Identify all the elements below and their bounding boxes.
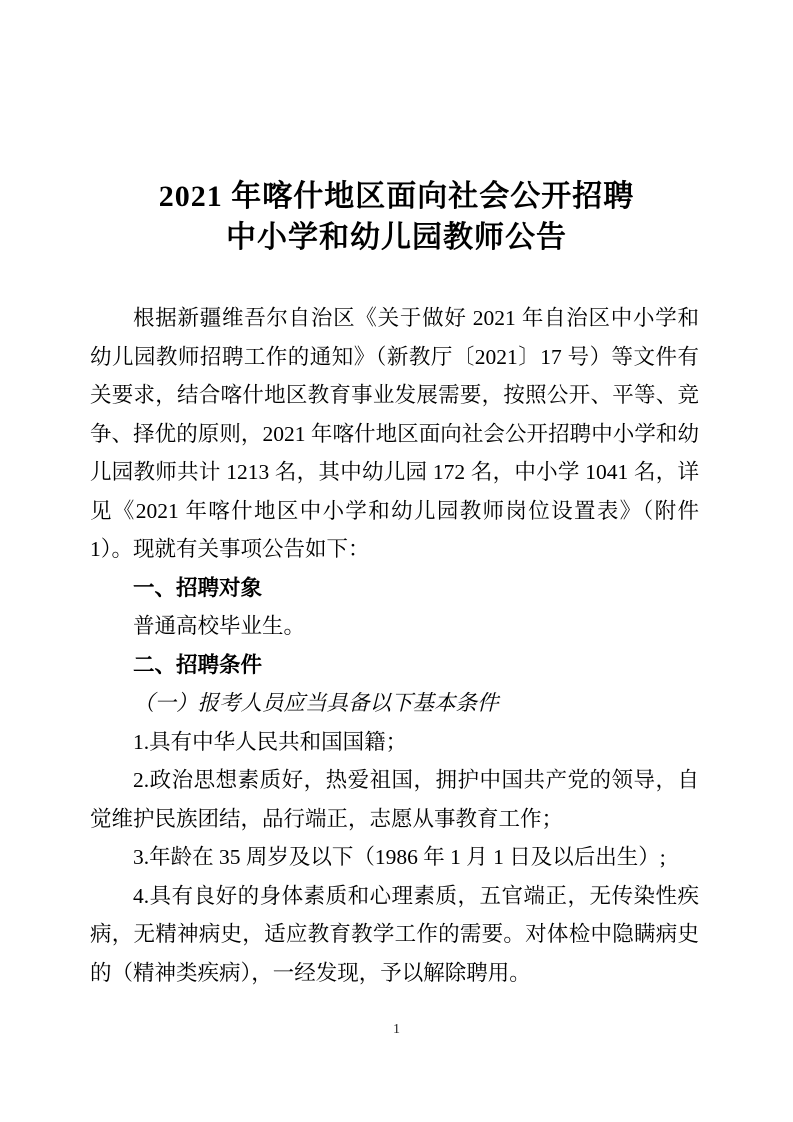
recruit-target-paragraph: 普通高校毕业生。 [90, 607, 699, 646]
intro-paragraph: 根据新疆维吾尔自治区《关于做好 2021 年自治区中小学和幼儿园教师招聘工作的通… [90, 299, 699, 569]
condition-item-4: 4.具有良好的身体素质和心理素质，五官端正，无传染性疾病，无精神病史，适应教育教… [90, 877, 699, 993]
condition-item-1: 1.具有中华人民共和国国籍； [90, 723, 699, 762]
document-page: 2021 年喀什地区面向社会公开招聘 中小学和幼儿园教师公告 根据新疆维吾尔自治… [0, 0, 793, 1122]
title-line-1: 2021 年喀什地区面向社会公开招聘 [0, 176, 793, 217]
condition-item-3: 3.年龄在 35 周岁及以下（1986 年 1 月 1 日及以后出生）; [90, 838, 699, 877]
document-title: 2021 年喀什地区面向社会公开招聘 中小学和幼儿园教师公告 [0, 176, 793, 258]
condition-item-2: 2.政治思想素质好，热爱祖国，拥护中国共产党的领导，自觉维护民族团结，品行端正，… [90, 761, 699, 838]
title-line-2: 中小学和幼儿园教师公告 [0, 217, 793, 258]
document-body: 根据新疆维吾尔自治区《关于做好 2021 年自治区中小学和幼儿园教师招聘工作的通… [90, 299, 699, 992]
section-heading-recruit-target: 一、招聘对象 [90, 569, 699, 608]
section-heading-recruit-conditions: 二、招聘条件 [90, 646, 699, 685]
subsection-heading-basic-conditions: （一）报考人员应当具备以下基本条件 [90, 684, 699, 723]
page-number: 1 [0, 1021, 793, 1039]
